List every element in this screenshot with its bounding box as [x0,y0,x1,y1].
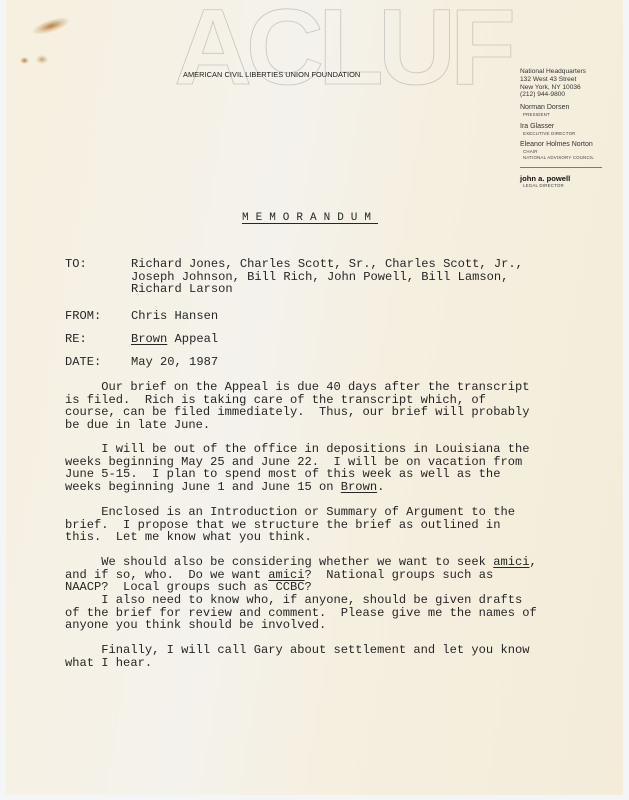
hq-street: 132 West 43 Street [520,76,623,84]
case-name: Brown [131,332,167,346]
text-line: be due in late June. [65,418,210,432]
text-line: this. Let me know what you think. [65,530,312,544]
from-value: Chris Hansen [131,310,218,323]
legal-director-name: john a. powell [520,174,623,183]
legal-director-title: LEGAL DIRECTOR [520,183,623,189]
officer-name: Ira Glasser [520,123,623,131]
paragraph-amici: We should also be considering whether we… [65,556,585,594]
text-line: weeks beginning June 1 and June 15 on [65,480,341,494]
hq-label: National Headquarters [520,68,623,76]
memo-from: FROM:Chris Hansen [65,310,218,323]
text-line: what I hear. [65,656,152,670]
hq-city: New York, NY 10036 [520,84,623,92]
paper-stain [31,14,71,37]
text-line: anyone you think should be involved. [65,618,326,632]
officer-title: NATIONAL ADVISORY COUNCIL [520,155,623,161]
paragraph-brief-due: Our brief on the Appeal is due 40 days a… [65,381,585,431]
letterhead-officers: National Headquarters 132 West 43 Street… [520,68,623,188]
text-line: ? National groups such as [305,568,494,582]
memo-title: MEMORANDUM [242,212,378,224]
re-value: Brown Appeal [131,333,218,346]
to-label: TO: [65,258,131,271]
paper-stain [36,55,48,64]
officer-president: Norman Dorsen PRESIDENT [520,104,623,118]
text-line: NAACP? Local groups such as CCBC? [65,580,312,594]
punctuation: . [377,480,384,494]
date-value: May 20, 1987 [131,356,218,369]
date-label: DATE: [65,356,131,369]
paragraph-drafts: I also need to know who, if anyone, shou… [65,594,585,632]
emphasized-term: amici [493,555,529,569]
case-name: Brown [341,480,377,494]
memo-page: ACLUF AMERICAN CIVIL LIBERTIES UNION FOU… [6,0,623,795]
memo-date: DATE:May 20, 1987 [65,356,218,369]
paper-stain [20,57,29,64]
officer-executive-director: Ira Glasser EXECUTIVE DIRECTOR [520,123,623,137]
officer-name: Norman Dorsen [520,104,623,112]
officer-name: Eleanor Holmes Norton [520,141,623,149]
memo-re: RE:Brown Appeal [65,333,218,346]
officer-title: EXECUTIVE DIRECTOR [520,131,623,137]
divider [520,167,602,168]
organization-name: AMERICAN CIVIL LIBERTIES UNION FOUNDATIO… [183,70,360,79]
officer-chair: Eleanor Holmes Norton CHAIR NATIONAL ADV… [520,141,623,160]
paragraph-schedule: I will be out of the office in depositio… [65,443,585,493]
paragraph-enclosure: Enclosed is an Introduction or Summary o… [65,506,585,544]
hq-phone: (212) 944-9800 [520,91,623,99]
officer-title: PRESIDENT [520,112,623,118]
memo-to: TO:Richard Jones, Charles Scott, Sr., Ch… [65,258,523,296]
to-recipients: Richard Jones, Charles Scott, Sr., Charl… [131,258,523,296]
aclu-foundation-logo: ACLUF AMERICAN CIVIL LIBERTIES UNION FOU… [174,4,436,90]
punctuation: , [530,555,537,569]
re-label: RE: [65,333,131,346]
paragraph-settlement: Finally, I will call Gary about settleme… [65,644,585,669]
recipients-line: Richard Larson [131,282,233,296]
re-subject: Appeal [167,332,218,346]
from-label: FROM: [65,310,131,323]
